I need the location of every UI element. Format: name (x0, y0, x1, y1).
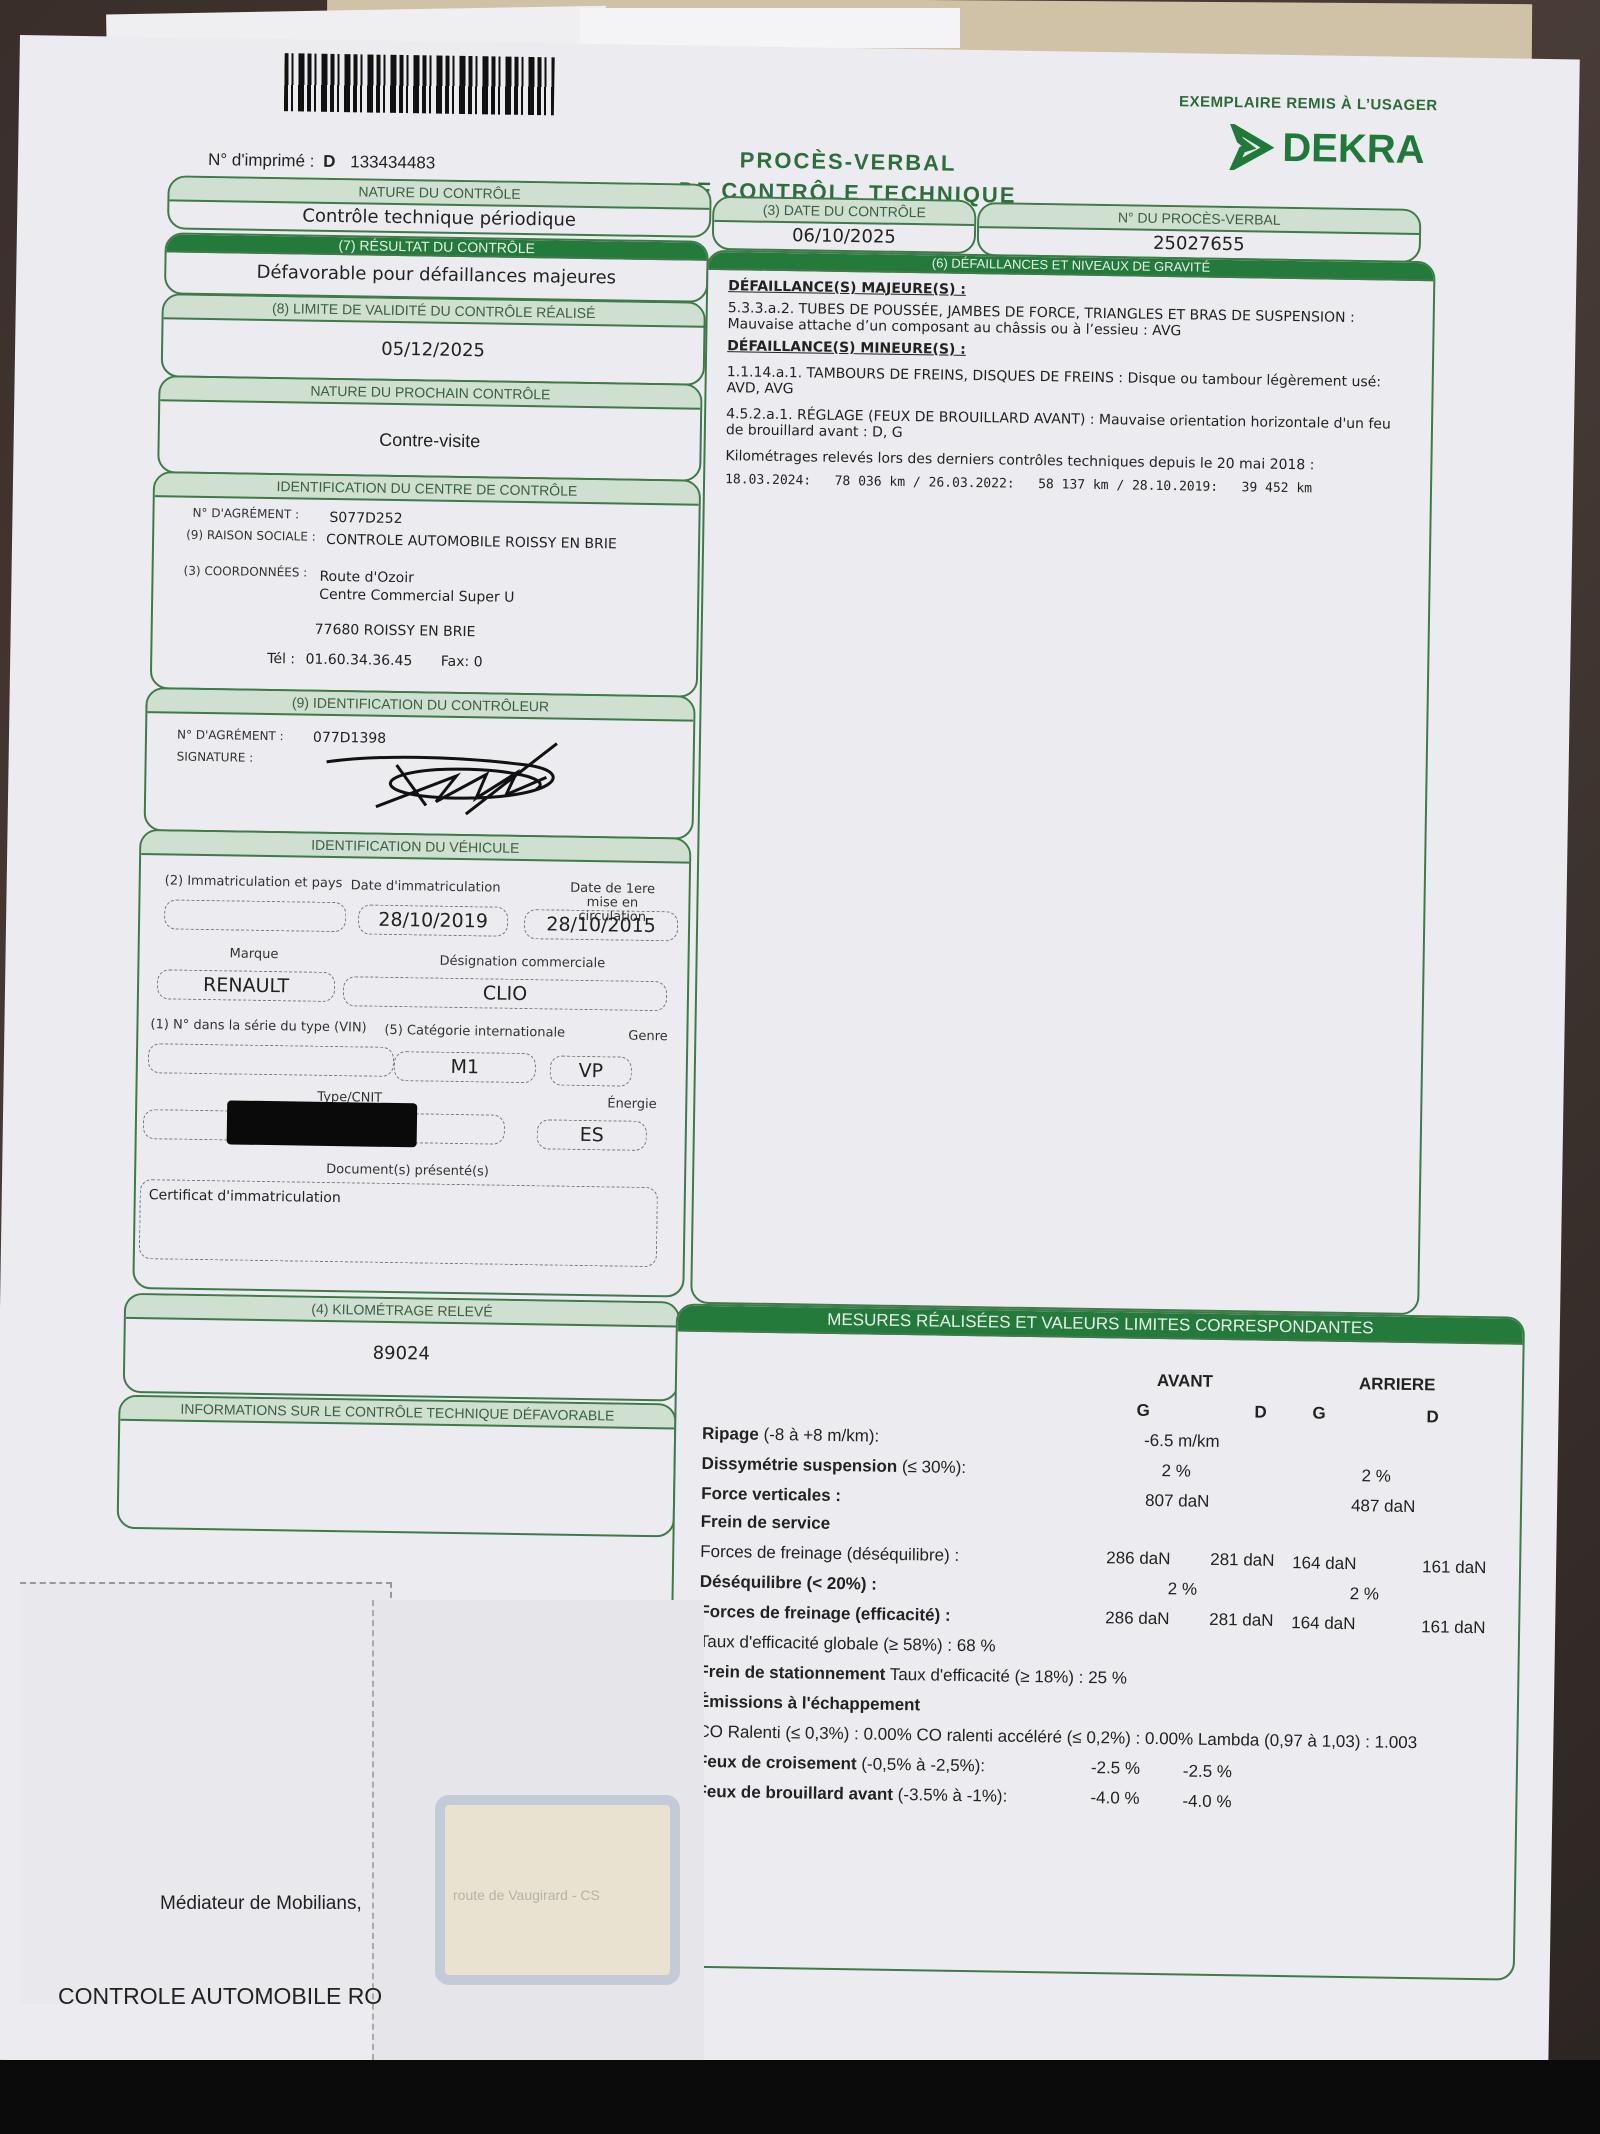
underlying-sheet-top (580, 8, 960, 48)
kilometrage-value: 89024 (125, 1319, 678, 1390)
energie-label: Énergie (607, 1096, 657, 1112)
dissym-avant: 2 % (1161, 1461, 1191, 1481)
arriere-d: D (1426, 1407, 1439, 1427)
arriere-header: ARRIERE (1359, 1374, 1436, 1395)
avant-g: G (1136, 1401, 1150, 1421)
centre-agrement-label: N° D'AGRÉMENT : (192, 506, 299, 522)
controleur-header: (9) IDENTIFICATION DU CONTRÔLEUR (147, 689, 693, 722)
signature-label: SIGNATURE : (177, 750, 254, 765)
forces-eff-label: Forces de freinage (efficacité) : (699, 1602, 951, 1626)
km-history-title: Kilométrages relevés lors des derniers c… (725, 448, 1410, 475)
dissym-label: Dissymétrie suspension (701, 1454, 897, 1476)
prochain-controle-value: Contre-visite (159, 401, 700, 479)
forces-deseq-arg: 164 daN (1292, 1553, 1357, 1574)
genre-label: Genre (628, 1029, 668, 1045)
centre-box: IDENTIFICATION DU CENTRE DE CONTRÔLE N° … (150, 471, 701, 698)
tel-label: Tél : (267, 651, 295, 667)
documents-field: Certificat d'immatriculation (139, 1179, 658, 1267)
immat-field (164, 899, 346, 932)
centre-coord-label: (3) COORDONNÉES : (183, 564, 307, 580)
dekra-arrow-icon (1228, 124, 1275, 171)
designation-field: CLIO (343, 976, 667, 1011)
centre-contact: Tél : 01.60.34.36.45 Fax: 0 (267, 651, 483, 670)
emissions-value: CO Ralenti (≤ 0,3%) : 0.00% CO ralenti a… (697, 1722, 1417, 1753)
tel-value: 01.60.34.36.45 (305, 652, 412, 670)
dissym-limit: (≤ 30%): (902, 1457, 966, 1477)
km-history: 18.03.2024: 78 036 km / 26.03.2022: 58 1… (725, 472, 1410, 499)
brouillard-limit: (-3.5% à -1%): (898, 1785, 1008, 1806)
date-controle-value: 06/10/2025 (714, 222, 974, 252)
vehicule-header: IDENTIFICATION DU VÉHICULE (141, 831, 689, 864)
brand-name: DEKRA (1282, 125, 1425, 172)
immat-label: (2) Immatriculation et pays (165, 873, 343, 891)
ripage-value: -6.5 m/km (1144, 1431, 1220, 1452)
documents-label: Document(s) présenté(s) (326, 1162, 489, 1180)
centre-agrement-value: S077D252 (329, 510, 402, 527)
date-immat-field: 28/10/2019 (358, 904, 508, 936)
vehicule-box: IDENTIFICATION DU VÉHICULE (2) Immatricu… (132, 829, 691, 1298)
redaction-block (227, 1100, 418, 1147)
fax-value: Fax: 0 (441, 654, 483, 671)
brouillard-label: Feux de brouillard avant (696, 1782, 893, 1804)
ripage-row: Ripage (-8 à +8 m/km): (702, 1424, 879, 1447)
frein-stat-value: Taux d'efficacité (≥ 18%) : 25 % (890, 1665, 1127, 1688)
force-verticale-arriere: 487 daN (1351, 1496, 1416, 1517)
resultat-box: (7) RÉSULTAT DU CONTRÔLE Défavorable pou… (164, 232, 709, 303)
frein-stat-label: Frein de stationnement (698, 1662, 885, 1684)
table-surface (0, 2060, 1600, 2134)
croisement-limit: (-0,5% à -2,5%): (861, 1754, 985, 1775)
numero-pv-box: N° DU PROCÈS-VERBAL 25027655 (977, 202, 1422, 263)
deseq-avant: 2 % (1168, 1579, 1198, 1599)
emissions-label: Émissions à l'échappement (698, 1692, 921, 1715)
imprime-label: N° d'imprimé : (208, 150, 315, 171)
nature-controle-box: NATURE DU CONTRÔLE Contrôle technique pé… (167, 175, 712, 238)
centre-raison-value: CONTROLE AUTOMOBILE ROISSY EN BRIE (326, 532, 617, 553)
copy-label: EXEMPLAIRE REMIS À L’USAGER (1179, 93, 1438, 114)
marque-label: Marque (229, 946, 278, 962)
energie-field: ES (537, 1119, 647, 1151)
deseq-label: Déséquilibre (< 20%) : (700, 1572, 877, 1595)
envelope-stub (20, 1582, 392, 2004)
arriere-g: G (1312, 1403, 1326, 1423)
mineures-title: DÉFAILLANCE(S) MINEURE(S) : (727, 338, 1412, 365)
infos-defavorable-box: INFORMATIONS SUR LE CONTRÔLE TECHNIQUE D… (117, 1395, 677, 1538)
centre-header: IDENTIFICATION DU CENTRE DE CONTRÔLE (155, 473, 699, 506)
deseq-arriere: 2 % (1350, 1584, 1380, 1604)
defaillances-box: (6) DÉFAILLANCES ET NIVEAUX DE GRAVITÉ D… (690, 250, 1435, 1315)
categorie-label: (5) Catégorie internationale (384, 1023, 565, 1041)
ripage-limit: (-8 à +8 m/km): (763, 1425, 879, 1446)
window-text: route de Vaugirard - CS (453, 1887, 600, 1903)
forces-eff-ard: 161 daN (1421, 1617, 1486, 1638)
signature-icon (316, 734, 617, 824)
majeure-item: 5.3.3.a.2. TUBES DE POUSSÉE, JAMBES DE F… (727, 300, 1412, 343)
controleur-agrement-label: N° D'AGRÉMENT : (177, 728, 284, 744)
date-controle-box: (3) DATE DU CONTRÔLE 06/10/2025 (712, 196, 977, 254)
forces-eff-avd: 281 daN (1209, 1610, 1274, 1631)
forces-deseq-avd: 281 daN (1210, 1550, 1275, 1571)
mineure-item: 1.1.14.a.1. TAMBOURS DE FREINS, DISQUES … (726, 364, 1411, 407)
resultat-value: Défavorable pour défaillances majeures (166, 252, 707, 298)
croisement-label: Feux de croisement (697, 1752, 857, 1774)
brouillard-g: -4.0 % (1090, 1788, 1139, 1809)
brouillard-row: Feux de brouillard avant (-3.5% à -1%): (696, 1782, 1007, 1807)
force-verticale-label: Force verticales : (701, 1484, 841, 1506)
limite-validite-value: 05/12/2025 (163, 319, 704, 381)
designation-label: Désignation commerciale (439, 954, 605, 972)
centre-city: 77680 ROISSY EN BRIE (315, 622, 476, 641)
categorie-field: M1 (394, 1051, 536, 1083)
marque-field: RENAULT (157, 969, 335, 1002)
genre-field: VP (550, 1055, 632, 1086)
taux-global: Taux d'efficacité globale (≥ 58%) : 68 % (699, 1632, 996, 1657)
croisement-row: Feux de croisement (-0,5% à -2,5%): (697, 1752, 985, 1777)
avant-d: D (1254, 1403, 1267, 1423)
forces-deseq-ard: 161 daN (1422, 1557, 1487, 1578)
infos-defavorable-header: INFORMATIONS SUR LE CONTRÔLE TECHNIQUE D… (120, 1397, 674, 1430)
vin-label: (1) N° dans la série du type (VIN) (150, 1017, 366, 1035)
forces-eff-avg: 286 daN (1105, 1608, 1170, 1629)
brouillard-d: -4.0 % (1182, 1791, 1231, 1812)
forces-deseq-avg: 286 daN (1106, 1548, 1171, 1569)
forces-deseq-label: Forces de freinage (déséquilibre) : (700, 1542, 959, 1566)
imprime-value: 133434483 (350, 152, 435, 172)
barcode (284, 53, 555, 115)
forces-eff-arg: 164 daN (1291, 1613, 1356, 1634)
croisement-d: -2.5 % (1183, 1761, 1232, 1782)
mineure-item: 4.5.2.a.1. RÉGLAGE (FEUX DE BROUILLARD A… (726, 406, 1411, 449)
centre-raison-label: (9) RAISON SOCIALE : (186, 528, 316, 544)
limite-validite-box: (8) LIMITE DE VALIDITÉ DU CONTRÔLE RÉALI… (161, 293, 706, 386)
date-mise-field: 28/10/2015 (524, 909, 678, 941)
mediateur-text: Médiateur de Mobilians, (160, 1893, 362, 1915)
croisement-g: -2.5 % (1091, 1758, 1140, 1779)
vin-field (148, 1043, 394, 1077)
frein-service-label: Frein de service (701, 1512, 831, 1534)
controleur-box: (9) IDENTIFICATION DU CONTRÔLEUR N° D'AG… (144, 687, 696, 840)
defaillances-content: DÉFAILLANCE(S) MAJEURE(S) : 5.3.3.a.2. T… (725, 278, 1413, 499)
dissym-arriere: 2 % (1361, 1466, 1391, 1486)
address-line-2: Centre Commercial Super U (319, 586, 514, 607)
dekra-logo: DEKRA (1228, 124, 1425, 173)
kilometrage-box: (4) KILOMÉTRAGE RELEVÉ 89024 (123, 1293, 681, 1402)
prochain-controle-box: NATURE DU PROCHAIN CONTRÔLE Contre-visit… (157, 375, 702, 482)
imprime-prefix: D (323, 152, 336, 171)
frein-stationnement-row: Frein de stationnement Taux d'efficacité… (698, 1662, 1127, 1689)
date-immat-label: Date d'immatriculation (351, 878, 501, 895)
avant-header: AVANT (1157, 1371, 1213, 1392)
mesures-box: MESURES RÉALISÉES ET VALEURS LIMITES COR… (666, 1303, 1525, 1980)
imprime-number: N° d'imprimé : D 133434483 (208, 150, 436, 174)
dissym-row: Dissymétrie suspension (≤ 30%): (701, 1454, 966, 1478)
centre-name-footer: CONTROLE AUTOMOBILE RO (58, 1983, 382, 2010)
ripage-label: Ripage (702, 1424, 759, 1444)
force-verticale-avant: 807 daN (1145, 1491, 1210, 1512)
envelope-window: route de Vaugirard - CS (435, 1795, 680, 1985)
centre-address: Route d'Ozoir Centre Commercial Super U (319, 568, 515, 607)
